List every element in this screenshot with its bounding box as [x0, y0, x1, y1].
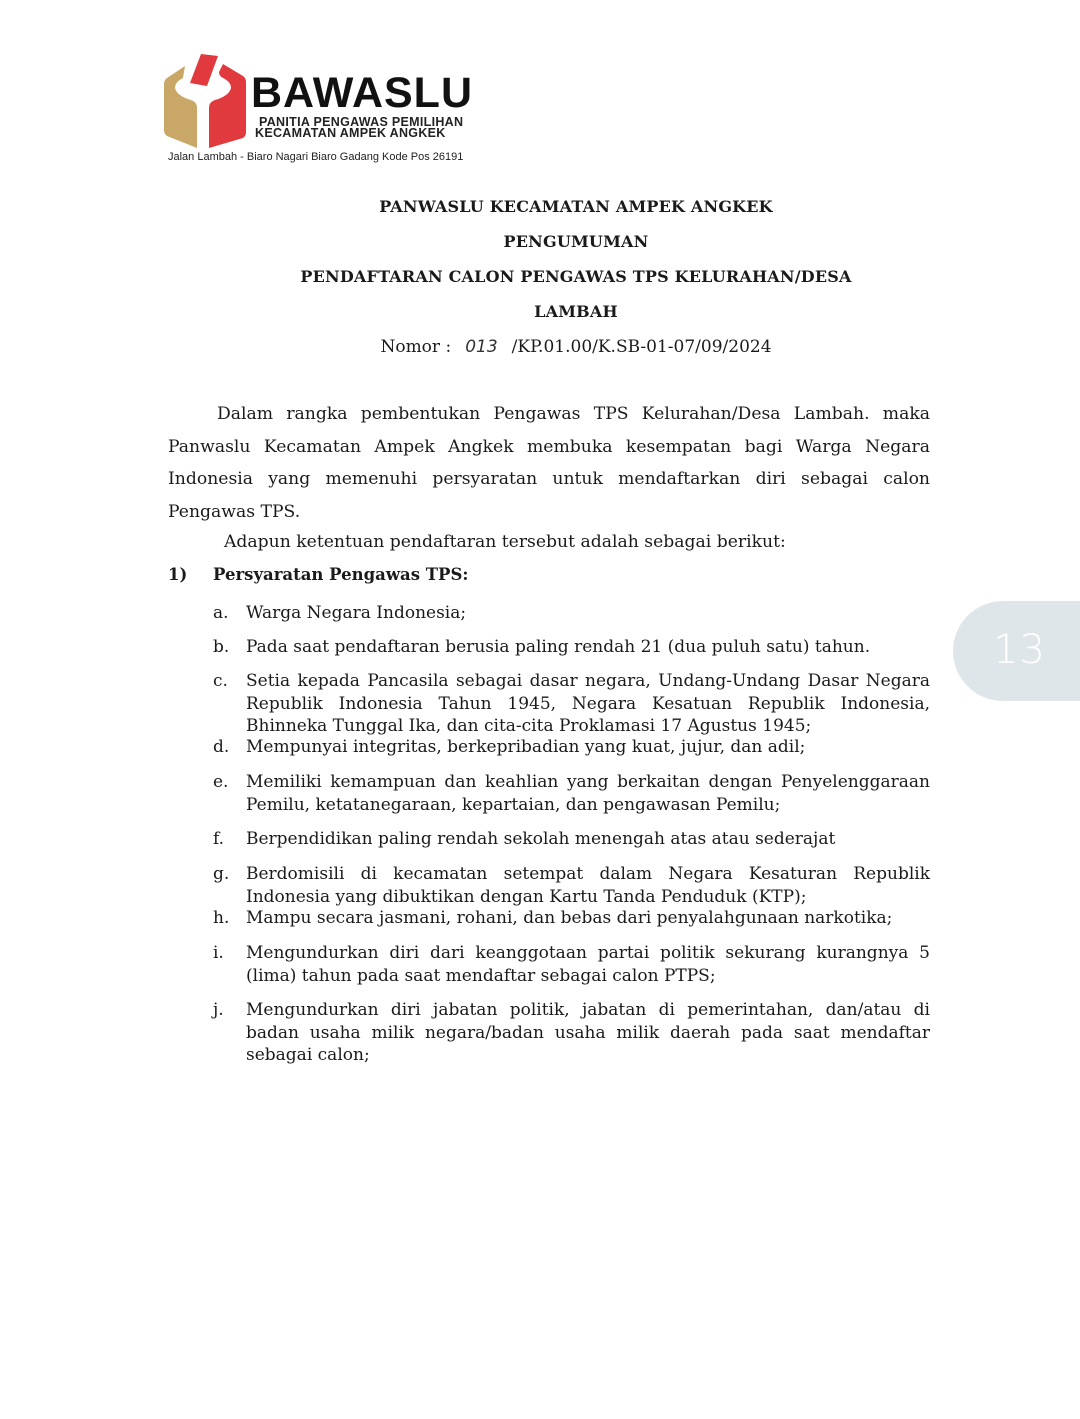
list-item: i.Mengundurkan diri dari keanggotaan par…: [213, 942, 930, 987]
section-title: Persyaratan Pengawas TPS:: [213, 565, 468, 584]
heading-registration: PENDAFTARAN CALON PENGAWAS TPS KELURAHAN…: [0, 267, 1080, 286]
item-text: Berpendidikan paling rendah sekolah mene…: [246, 828, 930, 851]
heading-village: LAMBAH: [0, 302, 1080, 321]
heading-organization: PANWASLU KECAMATAN AMPEK ANGKEK: [0, 197, 1080, 216]
item-label: a.: [213, 602, 229, 625]
item-label: f.: [213, 828, 224, 851]
provisions-intro: Adapun ketentuan pendaftaran tersebut ad…: [168, 526, 930, 559]
item-text: Setia kepada Pancasila sebagai dasar neg…: [246, 670, 930, 738]
item-text: Mengundurkan diri dari keanggotaan parta…: [246, 942, 930, 987]
intro-paragraph: Dalam rangka pembentukan Pengawas TPS Ke…: [168, 398, 930, 528]
list-item: e.Memiliki kemampuan dan keahlian yang b…: [213, 771, 930, 816]
brand-subtitle-district: KECAMATAN AMPEK ANGKEK: [255, 127, 446, 140]
item-text: Mengundurkan diri jabatan politik, jabat…: [246, 999, 930, 1067]
item-label: g.: [213, 863, 229, 886]
page-number: 13: [993, 627, 1046, 673]
list-item: h.Mampu secara jasmani, rohani, dan beba…: [213, 907, 930, 930]
section-number: 1): [168, 565, 213, 584]
item-text: Mempunyai integritas, berkepribadian yan…: [246, 736, 930, 759]
item-text: Warga Negara Indonesia;: [246, 602, 930, 625]
list-item: f.Berpendidikan paling rendah sekolah me…: [213, 828, 930, 851]
brand-name: BAWASLU: [251, 72, 473, 115]
list-item: c.Setia kepada Pancasila sebagai dasar n…: [213, 670, 930, 738]
letterhead: BAWASLU PANITIA PENGAWAS PEMILIHAN KECAM…: [163, 50, 523, 170]
provisions-intro-text: Adapun ketentuan pendaftaran tersebut ad…: [224, 532, 786, 552]
item-label: d.: [213, 736, 229, 759]
list-item: j.Mengundurkan diri jabatan politik, jab…: [213, 999, 930, 1067]
page-number-indicator: 13: [953, 601, 1080, 701]
item-label: e.: [213, 771, 228, 794]
intro-text: Dalam rangka pembentukan Pengawas TPS Ke…: [168, 404, 930, 522]
list-item: b.Pada saat pendaftaran berusia paling r…: [213, 636, 930, 659]
item-text: Berdomisili di kecamatan setempat dalam …: [246, 863, 930, 908]
heading-announcement: PENGUMUMAN: [0, 232, 1080, 251]
list-item: d.Mempunyai integritas, berkepribadian y…: [213, 736, 930, 759]
nomor-label: Nomor :: [380, 337, 451, 357]
item-text: Memiliki kemampuan dan keahlian yang ber…: [246, 771, 930, 816]
nomor-suffix: /KP.01.00/K.SB-01-07/09/2024: [512, 337, 772, 357]
item-label: h.: [213, 907, 229, 930]
item-label: c.: [213, 670, 228, 693]
section-heading: 1)Persyaratan Pengawas TPS:: [168, 565, 468, 584]
item-text: Pada saat pendaftaran berusia paling ren…: [246, 636, 930, 659]
document-number: Nomor :013/KP.01.00/K.SB-01-07/09/2024: [0, 337, 1080, 357]
list-item: a.Warga Negara Indonesia;: [213, 602, 930, 625]
item-label: b.: [213, 636, 229, 659]
bawaslu-logo-icon: [163, 52, 247, 148]
letterhead-address: Jalan Lambah - Biaro Nagari Biaro Gadang…: [168, 151, 463, 163]
nomor-handwritten: 013: [465, 337, 497, 357]
item-label: i.: [213, 942, 224, 965]
item-label: j.: [213, 999, 224, 1022]
list-item: g.Berdomisili di kecamatan setempat dala…: [213, 863, 930, 908]
item-text: Mampu secara jasmani, rohani, dan bebas …: [246, 907, 930, 930]
